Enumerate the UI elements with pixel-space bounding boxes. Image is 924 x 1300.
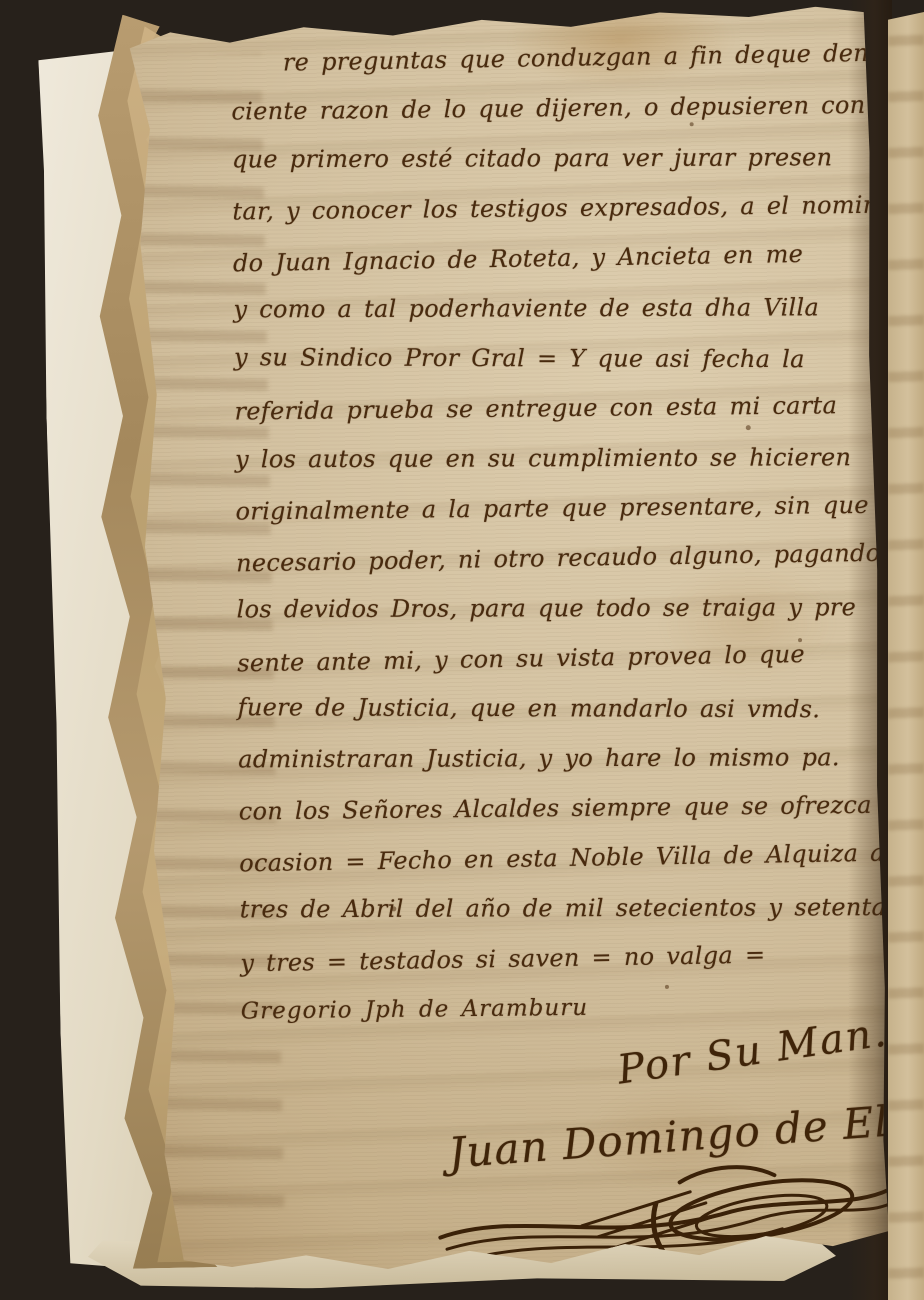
manuscript-line: que primero esté citado para ver jurar p… [232, 132, 848, 184]
manuscript-line: ocasion = Fecho en esta Noble Villa de A… [239, 828, 856, 888]
manuscript-line: administraran Justicia, y yo hare lo mis… [238, 732, 854, 784]
book-gutter-shadow [848, 0, 892, 1300]
manuscript-line: y como a tal poderhaviente de esta dha V… [233, 282, 849, 334]
manuscript-line: y su Sindico Pror Gral = Y que asi fecha… [234, 332, 850, 384]
photograph-of-manuscript: re preguntas que conduzgan a fin deque d… [0, 0, 924, 1300]
manuscript-line: tres de Abril del año de mil setecientos… [240, 882, 856, 934]
manuscript-line: referida prueba se entregue con esta mi … [234, 380, 850, 436]
manuscript-line: fuere de Justicia, que en mandarlo asi v… [238, 682, 854, 734]
manuscript-line: y tres = testados si saven = no valga = [240, 928, 857, 988]
manuscript-page: re preguntas que conduzgan a fin deque d… [125, 1, 892, 1282]
manuscript-line: y los autos que en su cumplimiento se hi… [235, 432, 851, 484]
manuscript-line: tar, y conocer los testigos expresados, … [232, 180, 848, 236]
manuscript-line: ciente razon de lo que dijeren, o depusi… [231, 80, 847, 136]
manuscript-line: con los Señores Alcaldes siempre que se … [238, 780, 854, 836]
manuscript-line: sente ante mi, y con su vista provea lo … [237, 628, 854, 688]
manuscript-text: re preguntas que conduzgan a fin deque d… [231, 30, 857, 1036]
manuscript-line: re preguntas que conduzgan a fin deque d… [230, 28, 847, 88]
facing-page-sliver [888, 12, 924, 1300]
manuscript-line: los devidos Dros, para que todo se traig… [237, 582, 853, 634]
manuscript-line: do Juan Ignacio de Roteta, y Ancieta en … [233, 228, 850, 288]
manuscript-line: originalmente a la parte que presentare,… [235, 480, 851, 536]
manuscript-line: necesario poder, ni otro recaudo alguno,… [236, 528, 853, 588]
facing-page-faint-text [888, 12, 924, 1300]
